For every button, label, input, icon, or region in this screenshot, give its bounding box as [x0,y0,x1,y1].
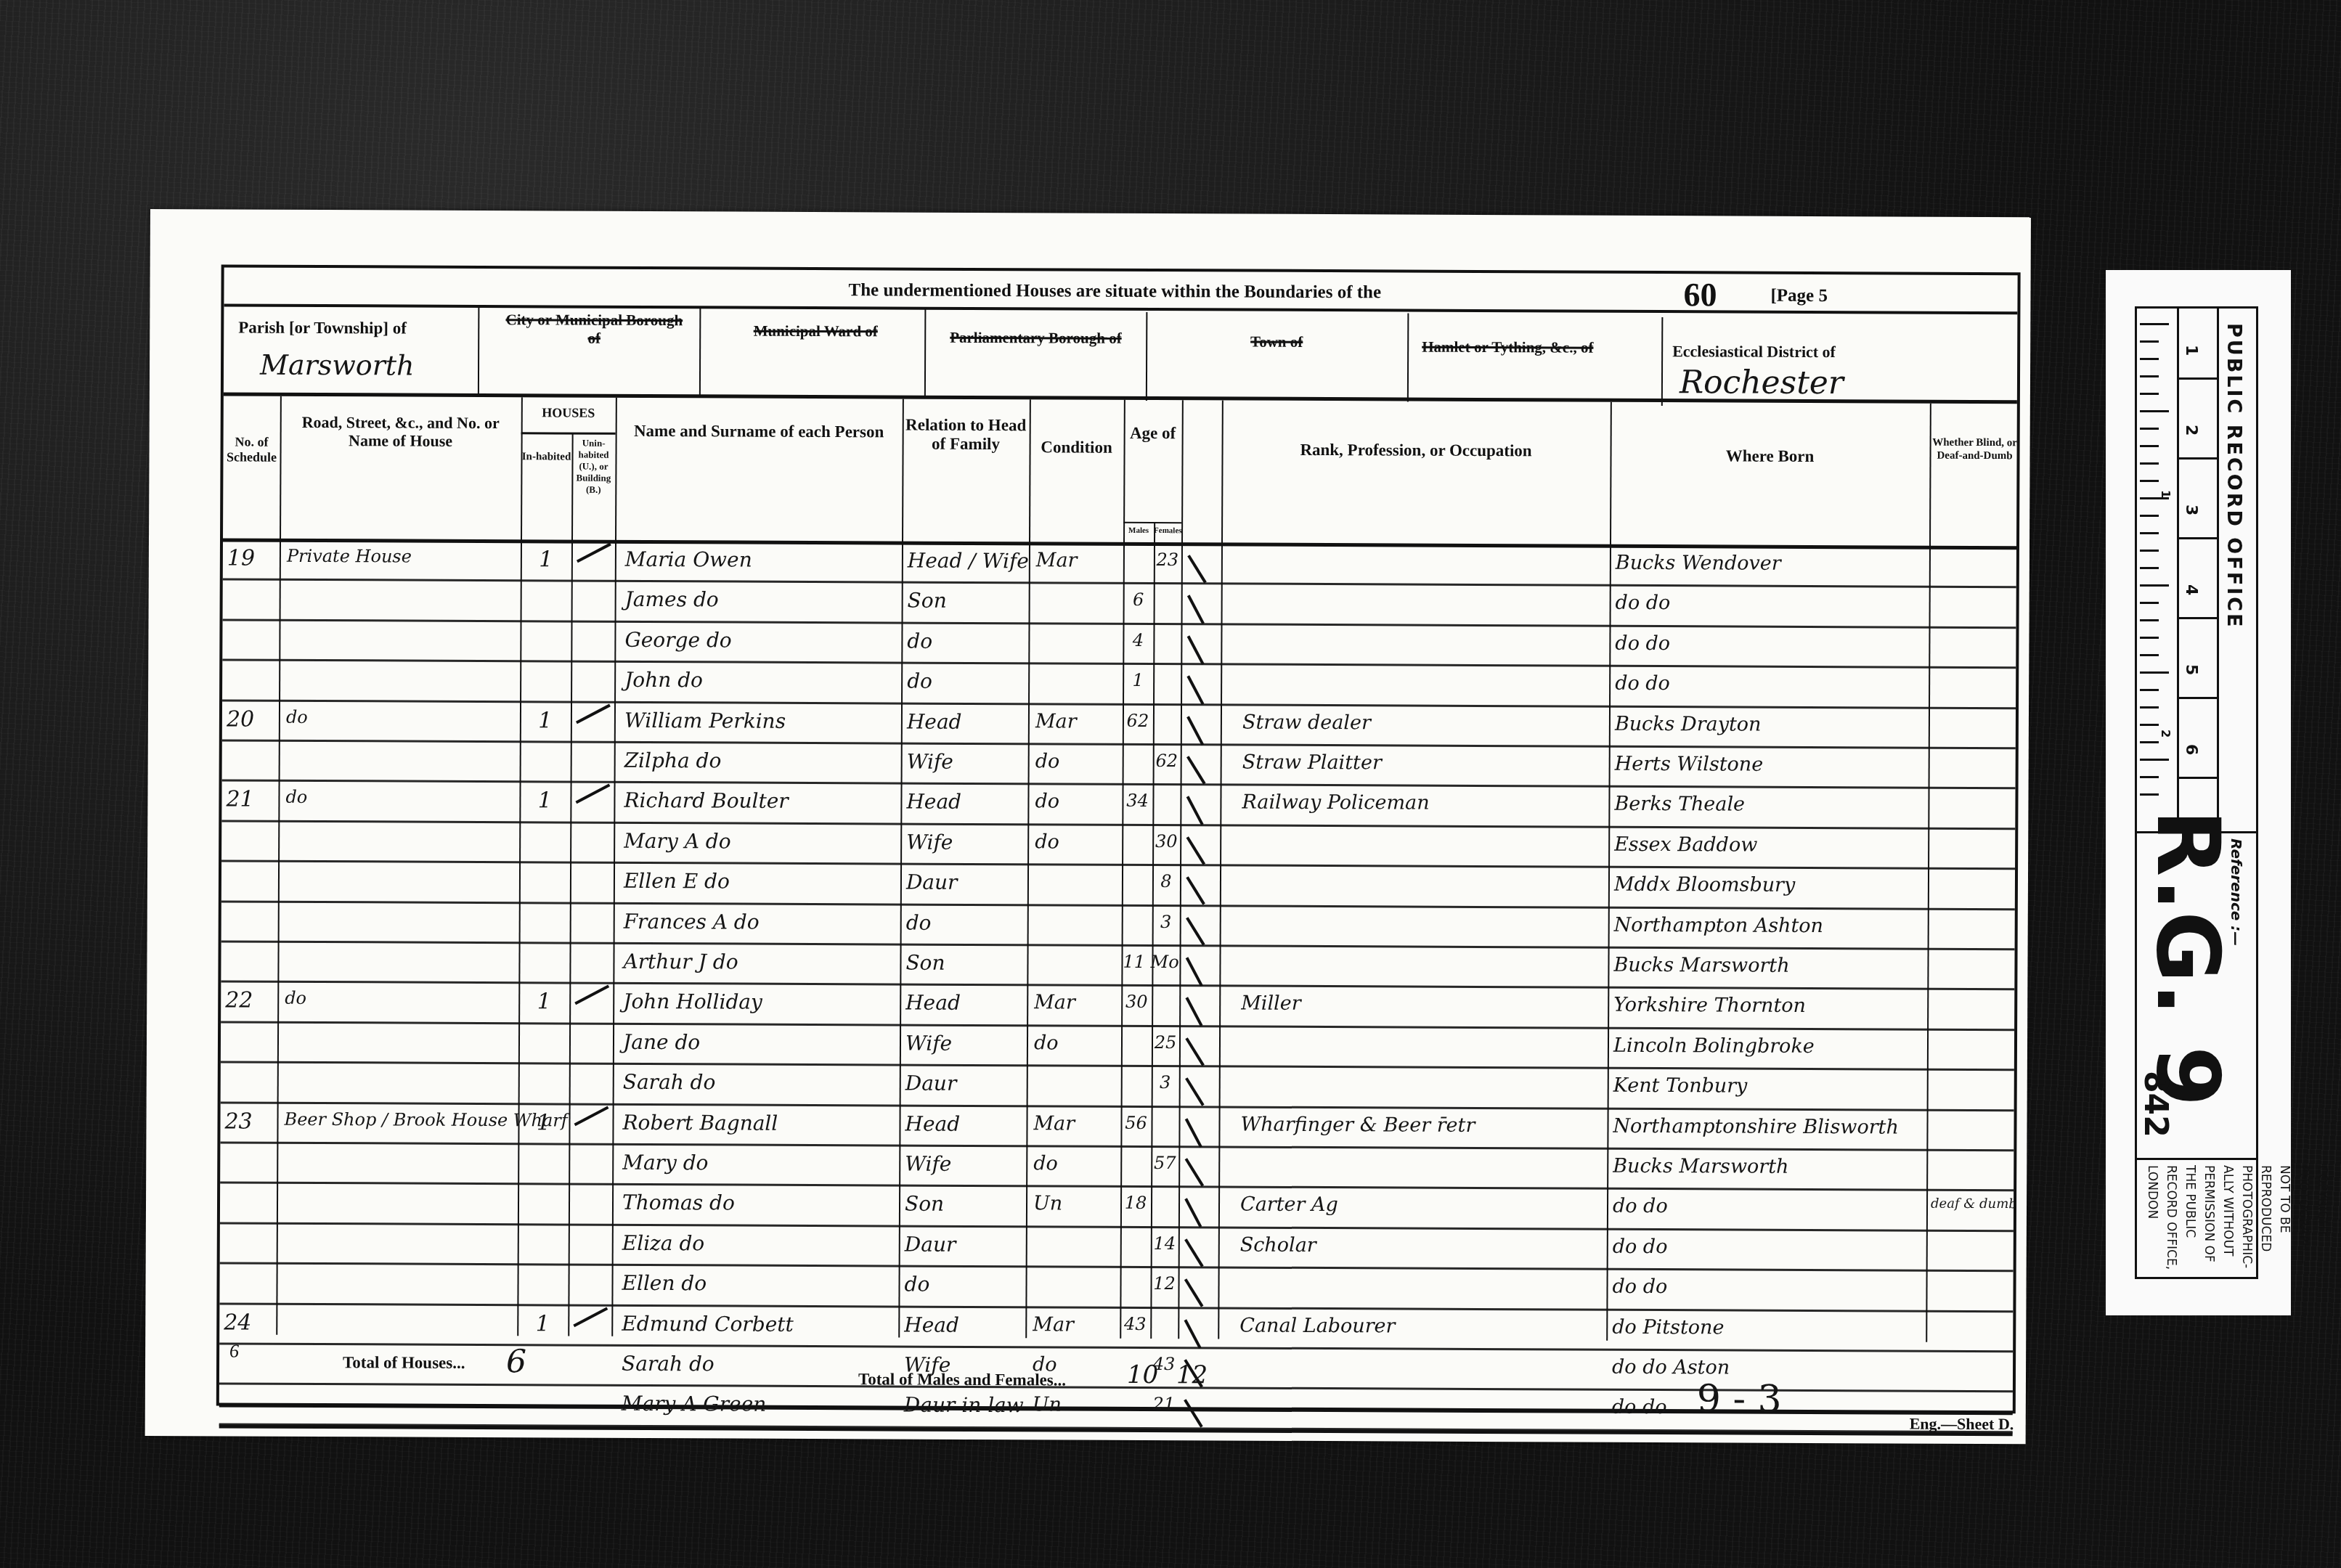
scale-number: 2 [2182,425,2200,436]
cell-infirmity [1931,1116,2016,1116]
cell-condition: do [1034,1032,1118,1055]
cell-name: John do [624,668,897,693]
ruler-tick [2140,550,2159,552]
cell-female: 8 [1154,871,1178,891]
cell-relation: do [906,910,1025,935]
cell-female: 3 [1154,912,1178,932]
cell-male: 1 [1124,670,1152,690]
column-header-uninhabited: Unin-habited (U.), or Building (B.) [571,438,615,496]
cell-born: do do Aston [1612,1356,1923,1380]
cell-infirmity [1933,754,2017,755]
cell-name: Frances A do [624,909,896,934]
divider [478,306,480,395]
cell-house: Private House [287,546,513,567]
cell-name: Sarah do [622,1352,894,1377]
cell-infirmity [1933,634,2017,634]
cell-born: Kent Tonbury [1613,1074,1924,1098]
cell-inhabited: 1 [518,989,569,1015]
cell-born: do do [1616,592,1926,616]
totals-schedule-mark: 6 [229,1340,239,1362]
cell-condition: Un [1033,1193,1117,1216]
tally-mark [1185,1077,1205,1106]
ruler-tick [2140,358,2159,360]
cell-house [284,1189,510,1190]
tally-mark [1184,1278,1204,1307]
cell-name: Mary A Green [622,1392,894,1417]
inch-mark: 2 [2159,730,2173,738]
divider [1661,317,1664,406]
cell-house [285,828,512,828]
divider [2217,309,2219,831]
cell-inhabited: 1 [520,708,571,733]
divider [1407,314,1409,402]
tally-mark [1187,635,1205,665]
boundary-parish-value: Marsworth [260,349,415,382]
cell-house [284,1270,510,1270]
cell-born: do do [1615,672,1926,696]
cell-female: 62 [1155,751,1179,771]
cell-occupation: Railway Policeman [1242,791,1601,815]
cell-schedule: 19 [227,545,277,571]
reference-card-border: PUBLIC RECORD OFFICE 123456 12 R.G. 9 Re… [2135,306,2258,1279]
cell-condition [1033,1233,1117,1233]
cell-male: 4 [1124,630,1152,650]
cell-schedule: 24 [224,1310,273,1335]
tally-mark [1186,796,1204,826]
column-header-road: Road, Street, &c., and No. or Name of Ho… [280,413,521,450]
divider [699,307,701,396]
cell-relation: Wife [907,750,1025,775]
rule [521,432,616,435]
cell-schedule: 20 [227,706,276,732]
boundary-hamlet-label: Hamlet or Tything, &c., of [1422,338,1593,357]
total-houses-label: Total of Houses... [343,1353,465,1373]
cell-house [286,666,513,667]
column-header-occupation: Rank, Profession, or Occupation [1222,440,1611,460]
cell-relation: do [907,629,1025,653]
ruler-tick [2140,706,2159,709]
boundary-town-label: Town of [1153,332,1400,351]
ruler-tick [2140,671,2169,674]
column-header-females: Females [1154,526,1181,536]
tally-mark [1184,1319,1202,1349]
ruler-tick [2140,410,2169,412]
cell-condition: Un [1033,1394,1117,1417]
cell-relation: do [907,669,1025,694]
cell-relation: Head [905,1111,1023,1136]
census-page: The undermentioned Houses are situate wi… [145,209,2031,1444]
cell-occupation [1243,550,1603,552]
column-header-condition: Condition [1030,438,1124,457]
cell-born: do Pitstone [1612,1315,1923,1339]
column-header-age: Age of [1124,424,1182,443]
cell-house [285,1069,511,1069]
cell-female: 14 [1152,1233,1177,1254]
ruler-tick [2140,532,2159,534]
cell-schedule: 22 [225,988,274,1013]
cell-born: Herts Wilstone [1615,753,1926,777]
cell-male: 43 [1121,1313,1149,1334]
cell-name: Eliza do [622,1231,895,1257]
cell-house [284,1149,510,1150]
cell-house [285,907,512,908]
cell-name: Zilpha do [624,748,897,774]
boundary-parish-label: Parish [or Township] of [238,319,407,338]
cell-infirmity [1933,794,2017,795]
cell-infirmity [1931,1277,2015,1278]
cell-born: do do [1612,1275,1923,1299]
cell-name: Arthur J do [623,950,895,975]
cell-condition [1036,589,1120,590]
cell-condition: Mar [1036,549,1120,572]
cell-female: 3 [1153,1072,1178,1093]
cell-schedule: 23 [224,1108,274,1134]
cell-male: 56 [1122,1112,1149,1132]
total-females: 12 [1176,1360,1208,1389]
cell-relation: Head [905,991,1024,1016]
cell-relation: Head / Wife [908,549,1026,573]
cell-inhabited: 1 [521,547,571,572]
ruler-tick [2140,462,2159,465]
tally-mark [1187,555,1207,584]
boundary-ward-label: Municipal Ward of [717,322,913,340]
cell-born: Northamptonshire Blisworth [1613,1114,1923,1138]
cell-female: 23 [1155,550,1180,570]
cell-name: Robert Bagnall [622,1110,895,1135]
cell-house [287,586,513,587]
column-header-inhabited: In-habited [521,450,571,463]
sheet-footer: Eng.—Sheet D. [1910,1415,2014,1434]
cell-born: Berks Theale [1614,793,1925,817]
census-form-table: The undermentioned Houses are situate wi… [216,264,2021,1413]
cell-house: do [286,706,513,727]
cell-inhabited: 1 [519,788,570,814]
cell-house: Beer Shop / Brook House Wharf [284,1108,510,1130]
cell-infirmity [1932,835,2016,836]
cell-male: 11 Mo [1123,952,1150,972]
cell-female: 30 [1154,831,1178,852]
cell-house [286,747,513,748]
tally-mark [1184,1199,1202,1228]
cell-male: 6 [1125,589,1152,610]
cell-relation: Head [907,709,1025,734]
tally-mark [1186,836,1206,865]
cell-relation: Son [905,1192,1023,1217]
ruler-tick [2140,375,2159,377]
cell-relation: Wife [905,1152,1023,1177]
ruler-tick [2140,602,2159,604]
cell-infirmity [1930,1397,2014,1398]
ruler-tick [2140,323,2169,325]
cell-born: do do [1615,632,1926,656]
cell-house [285,867,512,868]
folio-number: 60 [1683,275,1717,314]
cell-relation: Daur [905,1071,1024,1096]
cell-condition: Mar [1034,992,1118,1015]
cell-infirmity [1932,955,2016,956]
column-header-born: Where Born [1610,446,1929,467]
cell-house [284,1230,510,1230]
cell-condition: Mar [1033,1112,1117,1135]
column-header-name: Name and Surname of each Person [616,422,903,442]
rule [1123,522,1181,523]
cell-condition: do [1033,1152,1117,1175]
total-houses-value: 6 [506,1343,526,1380]
cell-inhabited: 1 [517,1311,568,1336]
cell-born: Bucks Wendover [1616,552,1926,576]
cell-male: 30 [1123,992,1150,1012]
cell-infirmity [1933,714,2017,714]
scale-number: 5 [2182,664,2200,675]
column-header-infirmity: Whether Blind, or Deaf-and-Dumb [1930,436,2020,463]
ruler-tick [2140,340,2159,343]
cell-condition [1033,1273,1117,1274]
tally-mark [1184,1400,1203,1429]
cell-born: Bucks Marsworth [1613,954,1924,978]
copyright-notice: COPYRIGHT PHOTOGRAPH—NOT TO BE REPRODUCE… [2143,1165,2332,1274]
cell-name: Thomas do [622,1191,895,1216]
scale-rule [2177,377,2219,380]
cell-male: 62 [1124,710,1152,730]
cell-born: Mddx Bloomsbury [1614,873,1925,897]
cell-name: Ellen E do [624,869,896,894]
cell-house [285,948,512,949]
tally-mark [1184,1238,1204,1267]
cell-house: do [285,787,512,808]
tally-mark [1186,876,1205,905]
cell-infirmity [1931,1156,2015,1157]
boundary-eccl-value: Rochester [1680,364,1844,401]
cell-house [283,1310,510,1310]
divider [2137,1158,2256,1160]
cell-relation: Wife [905,1031,1024,1055]
cell-infirmity [1931,995,2016,996]
cell-house [285,1029,511,1029]
ruler-tick [2140,654,2159,656]
tally-mark [1186,957,1203,987]
scale-rule [2177,697,2219,699]
piece-number: 842 [2137,1071,2174,1138]
cell-female: 12 [1152,1273,1176,1294]
ruler-tick [2140,759,2169,761]
boundary-eccl-label: Ecclesiastical District of [1672,342,1836,362]
boundary-city-label: City or Municipal Borough of [500,311,688,348]
cell-condition: Mar [1035,710,1120,733]
cell-born: do do [1613,1195,1923,1219]
cell-name: Ellen do [622,1271,894,1297]
ruler-tick [2140,776,2159,778]
inch-mark: 1 [2159,490,2173,498]
ruler-tick [2140,741,2159,743]
scale-number: 4 [2182,584,2200,595]
cell-infirmity [1931,1237,2015,1238]
cell-infirmity [1932,875,2016,875]
scale-rule [2177,457,2219,460]
tally-mark [1185,1037,1205,1066]
ruler-tick [2140,393,2159,395]
page-label: [Page 5 [1770,286,1828,306]
divider [924,309,927,397]
cell-occupation: Miller [1241,992,1600,1016]
cell-relation: Head [906,790,1025,814]
column-header-houses: HOUSES [521,405,616,421]
cell-relation: Son [908,589,1026,613]
cell-occupation: Wharfinger & Beer r̄etr [1240,1113,1600,1137]
cell-name: Mary do [622,1151,895,1176]
cell-house: do [285,988,511,1009]
cell-occupation: Straw dealer [1242,711,1602,735]
cell-relation: Wife [906,830,1025,854]
tally-mark [1187,595,1205,625]
household-separator-mark [577,543,611,563]
reference-card: PUBLIC RECORD OFFICE 123456 12 R.G. 9 Re… [2106,270,2291,1315]
cell-house [283,1350,510,1351]
tally-mark [1185,1118,1202,1148]
rule [224,303,2017,314]
cell-relation: Daur [905,1232,1023,1257]
form-heading: The undermentioned Houses are situate wi… [848,280,1381,303]
cell-female: 57 [1152,1153,1177,1173]
cell-condition [1035,871,1119,872]
boundary-parl-borough-label: Parliamentary Borough of [950,329,1122,348]
divider [1146,312,1148,401]
column-header-schedule: No. of Schedule [223,434,280,465]
cell-condition [1035,629,1120,630]
cell-born: Bucks Marsworth [1613,1155,1923,1179]
total-persons-label: Total of Males and Females... [858,1370,1066,1389]
scale-rule [2177,617,2219,619]
cell-condition [1034,1072,1118,1073]
cell-infirmity: deaf & dumb [1931,1196,2015,1212]
tally-mark [1186,675,1204,705]
cell-condition: do [1035,791,1119,814]
cell-condition [1035,951,1119,952]
column-header-relation: Relation to Head of Family [903,416,1030,454]
cell-name: Richard Boulter [624,788,896,814]
cell-male: 18 [1122,1193,1149,1213]
pencil-note: 9 - 3 [1697,1377,1782,1421]
ruler-tick [2140,793,2159,796]
cell-house [283,1390,510,1391]
cell-occupation: Scholar [1240,1233,1600,1257]
ruler-tick [2140,724,2159,726]
cell-relation: Daur [906,870,1025,895]
cell-born: Essex Baddow [1614,833,1925,857]
divider [2177,309,2179,831]
cell-occupation: Carter Ag [1240,1193,1600,1217]
cell-infirmity [1931,1076,2016,1077]
ruler-tick [2140,445,2159,447]
ruler-tick [2140,515,2159,517]
cell-name: William Perkins [624,708,897,733]
cell-relation: do [904,1273,1022,1297]
ruler-tick [2140,619,2159,621]
cell-male: 34 [1123,791,1151,811]
cell-born: Bucks Drayton [1615,712,1926,736]
cell-relation: Son [905,951,1024,976]
cell-name: George do [624,628,897,653]
cell-name: James do [625,587,897,613]
cell-occupation: Canal Labourer [1239,1314,1599,1338]
cell-infirmity [1930,1317,2014,1318]
cell-name: Maria Owen [625,547,897,573]
tally-mark [1186,756,1206,785]
series-reference: R.G. 9 [2137,809,2238,1107]
ruler-tick [2140,584,2169,587]
cell-born: Lincoln Bolingbroke [1613,1034,1924,1058]
cell-infirmity [1933,674,2017,674]
tally-mark [1186,917,1205,946]
cell-inhabited: 1 [518,1110,569,1135]
ruler-tick [2140,689,2159,691]
cell-condition: do [1035,830,1119,854]
cell-born: Yorkshire Thornton [1613,994,1924,1018]
ruler-tick [2140,637,2159,639]
cell-occupation: Straw Plaitter [1242,751,1602,775]
cell-infirmity [1932,915,2016,915]
scale-number: 3 [2182,505,2200,515]
cell-infirmity [1934,553,2018,554]
cell-condition: do [1035,750,1120,773]
ruler-tick [2140,428,2159,430]
cell-condition [1035,911,1119,912]
column-header-males: Males [1123,526,1154,536]
cell-born: Northampton Ashton [1614,913,1925,937]
cell-infirmity [1930,1357,2014,1358]
cell-schedule: 21 [226,787,275,812]
tally-mark [1185,1158,1205,1187]
cell-female: 21 [1152,1394,1176,1414]
cell-infirmity [1934,593,2018,594]
scale-number: 1 [2182,345,2200,356]
reference-label: Reference :— [2228,838,2245,946]
cell-condition [1035,670,1120,671]
cell-condition: Mar [1033,1313,1117,1336]
cell-house [286,626,513,627]
tally-mark [1186,716,1204,746]
cell-relation: Daur in law [904,1393,1022,1418]
cell-name: Mary A do [624,829,896,854]
ruler-tick [2140,480,2159,482]
scale-number: 6 [2182,744,2200,755]
scale-rule [2177,537,2219,539]
tally-mark [1186,997,1203,1027]
ruler-tick [2140,567,2159,569]
cell-female: 25 [1153,1032,1178,1053]
cell-name: Sarah do [623,1070,895,1095]
cell-name: John Holliday [623,989,895,1015]
cell-relation: Head [904,1312,1022,1337]
cell-infirmity [1931,1036,2016,1037]
scale-rule [2177,777,2219,779]
total-males: 10 [1127,1360,1158,1389]
cell-name: Edmund Corbett [622,1311,894,1336]
card-office-title: PUBLIC RECORD OFFICE [2223,323,2245,629]
cell-born: do do [1613,1236,1923,1259]
cell-name: Jane do [623,1030,895,1055]
